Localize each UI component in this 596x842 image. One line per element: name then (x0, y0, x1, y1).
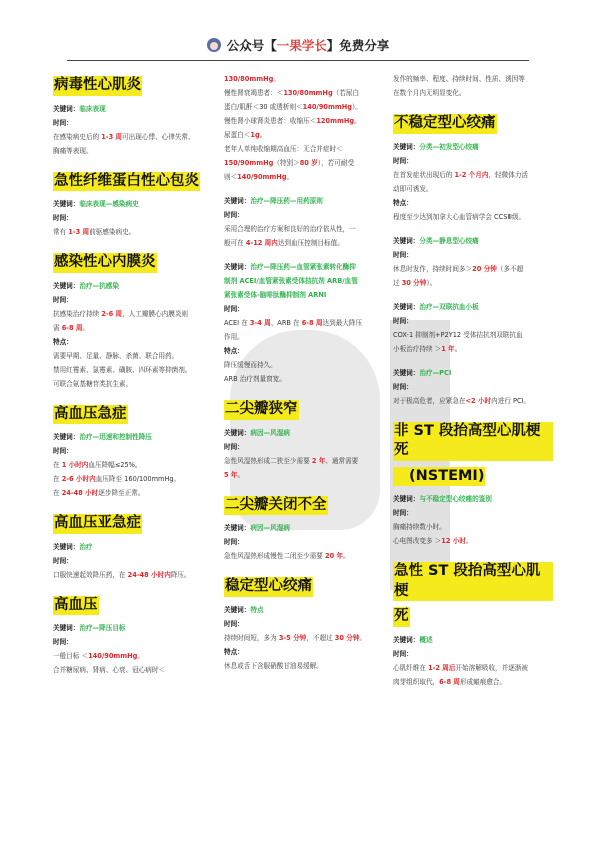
section-title: 高血压亚急症 (53, 514, 142, 534)
section-hypertension: 高血压 关键词：治疗—降压目标 时间： 一般目标 ＜140/90mmHg。 合并… (53, 582, 215, 678)
keyword: 治疗—双联抗血小板 (419, 303, 478, 311)
section-mitral-regurgitation: 二尖瓣关闭不全 关键词：病因—风湿病 时间： 急性风湿热形成慢性二闭至少需要 2… (224, 482, 386, 564)
antihypertensive-principles: 关键词：治疗—降压药—用药原则 时间： 采用合理的治疗方案和良好的治疗依从性，一… (224, 194, 386, 250)
keyword: 治疗—降压药—血管紧张素转化酶抑 (250, 263, 356, 271)
section-title: 病毒性心肌炎 (53, 76, 142, 96)
avatar-icon (207, 38, 221, 52)
hypertension-continued: 130/80mmHg。 慢性肾衰竭患者：＜130/80mmHg（若尿白 蛋白/肌… (224, 72, 386, 184)
keyword: 治疗—降压药—用药原则 (250, 197, 323, 205)
keyword: 特点 (250, 606, 263, 614)
section-title: 高血压 (53, 596, 99, 616)
column-1: 病毒性心肌炎 关键词：临床表现 时间： 在感染病史后的 1-3 周可出现心悸、心… (53, 62, 215, 677)
stable-angina-continued: 发作的频率、程度、持续时间、性质、诱因等 在数个月内无明显变化。 (393, 72, 553, 100)
keyword: 治疗—PCI (419, 369, 451, 377)
section-title: 急性 ST 段抬高型心肌梗 (393, 562, 553, 601)
section-unstable-angina: 不稳定型心绞痛 关键词：分类—初发型心绞痛 时间： 在首发症状出现后的 1-2 … (393, 100, 553, 224)
section-stemi: 急性 ST 段抬高型心肌梗 死 关键词：概述 时间： 心肌纤维在 1-2 周后开… (393, 548, 553, 689)
section-nstemi: 非 ST 段抬高型心肌梗死 (NSTEMI) 关键词：与不稳定型心绞痛的鉴别 时… (393, 408, 553, 549)
section-title: 二尖瓣狭窄 (224, 400, 299, 420)
column-2: 130/80mmHg。 慢性肾衰竭患者：＜130/80mmHg（若尿白 蛋白/肌… (224, 62, 386, 673)
keyword: 分类—静息型心绞痛 (419, 237, 478, 245)
section-infective-endocarditis: 感染性心内膜炎 关键词：治疗—抗感染 时间： 抗感染治疗持续 2-6 周，人工瓣… (53, 239, 215, 391)
section-mitral-stenosis: 二尖瓣狭窄 关键词：病因—风湿病 时间： 急性风湿热形成二狭至少需要 2 年、通… (224, 386, 386, 482)
header-title: 公众号【一果学长】免费分享 (227, 36, 390, 54)
section-title: 稳定型心绞痛 (224, 577, 313, 597)
section-title-cont: 死 (393, 607, 410, 627)
keyword: 病因—风湿病 (250, 429, 290, 437)
keyword: 临床表现 (79, 105, 105, 113)
keyword: 治疗—迅速和控制性降压 (79, 433, 152, 441)
pci: 关键词：治疗—PCI 时间： 对于极高危者，应紧急在<2 小时内进行 PCI。 (393, 366, 553, 408)
keyword: 与不稳定型心绞痛的鉴别 (419, 495, 492, 503)
section-title: 急性纤维蛋白性心包炎 (53, 172, 200, 192)
section-stable-angina: 稳定型心绞痛 关键词：特点 时间： 持续时间短，多为 3-5 分钟，不超过 30… (224, 563, 386, 673)
section-title-cont: (NSTEMI) (393, 467, 485, 487)
section-title: 二尖瓣关闭不全 (224, 496, 328, 516)
section-title: 高血压急症 (53, 405, 128, 425)
resting-angina: 关键词：分类—静息型心绞痛 时间： 休息时发作，持续时间多＞20 分钟（多不超 … (393, 234, 553, 290)
keyword: 治疗—降压目标 (79, 624, 125, 632)
header-divider (67, 60, 529, 61)
page-header: 公众号【一果学长】免费分享 (0, 36, 596, 56)
section-title: 非 ST 段抬高型心肌梗死 (393, 422, 553, 461)
keyword: 治疗 (79, 543, 92, 551)
keyword: 分类—初发型心绞痛 (419, 143, 478, 151)
section-hypertensive-emergency: 高血压急症 关键词：治疗—迅速和控制性降压 时间： 在 1 小时内血压降幅≤25… (53, 391, 215, 501)
section-title: 不稳定型心绞痛 (393, 114, 497, 134)
section-hypertensive-urgency: 高血压亚急症 关键词：治疗 时间： 口服快速起效降压药，在 24-48 小时内降… (53, 500, 215, 582)
section-viral-myocarditis: 病毒性心肌炎 关键词：临床表现 时间： 在感染病史后的 1-3 周可出现心悸、心… (53, 62, 215, 158)
section-fibrinous-pericarditis: 急性纤维蛋白性心包炎 关键词：临床表现—感染病史 时间： 常有 1-3 周前驱感… (53, 158, 215, 240)
section-title: 感染性心内膜炎 (53, 253, 157, 273)
dual-antiplatelet: 关键词：治疗—双联抗血小板 时间： COX-1 抑制剂+P2Y12 受体拮抗剂双… (393, 300, 553, 356)
keyword: 治疗—抗感染 (79, 282, 119, 290)
keyword: 临床表现—感染病史 (79, 200, 138, 208)
column-3: 发作的频率、程度、持续时间、性质、诱因等 在数个月内无明显变化。 不稳定型心绞痛… (393, 62, 553, 689)
acei-arb-arni: 关键词：治疗—降压药—血管紧张素转化酶抑 制剂 ACEI/血管紧张素受体拮抗剂 … (224, 260, 386, 386)
keyword: 病因—风湿病 (250, 524, 290, 532)
keyword: 概述 (419, 636, 432, 644)
